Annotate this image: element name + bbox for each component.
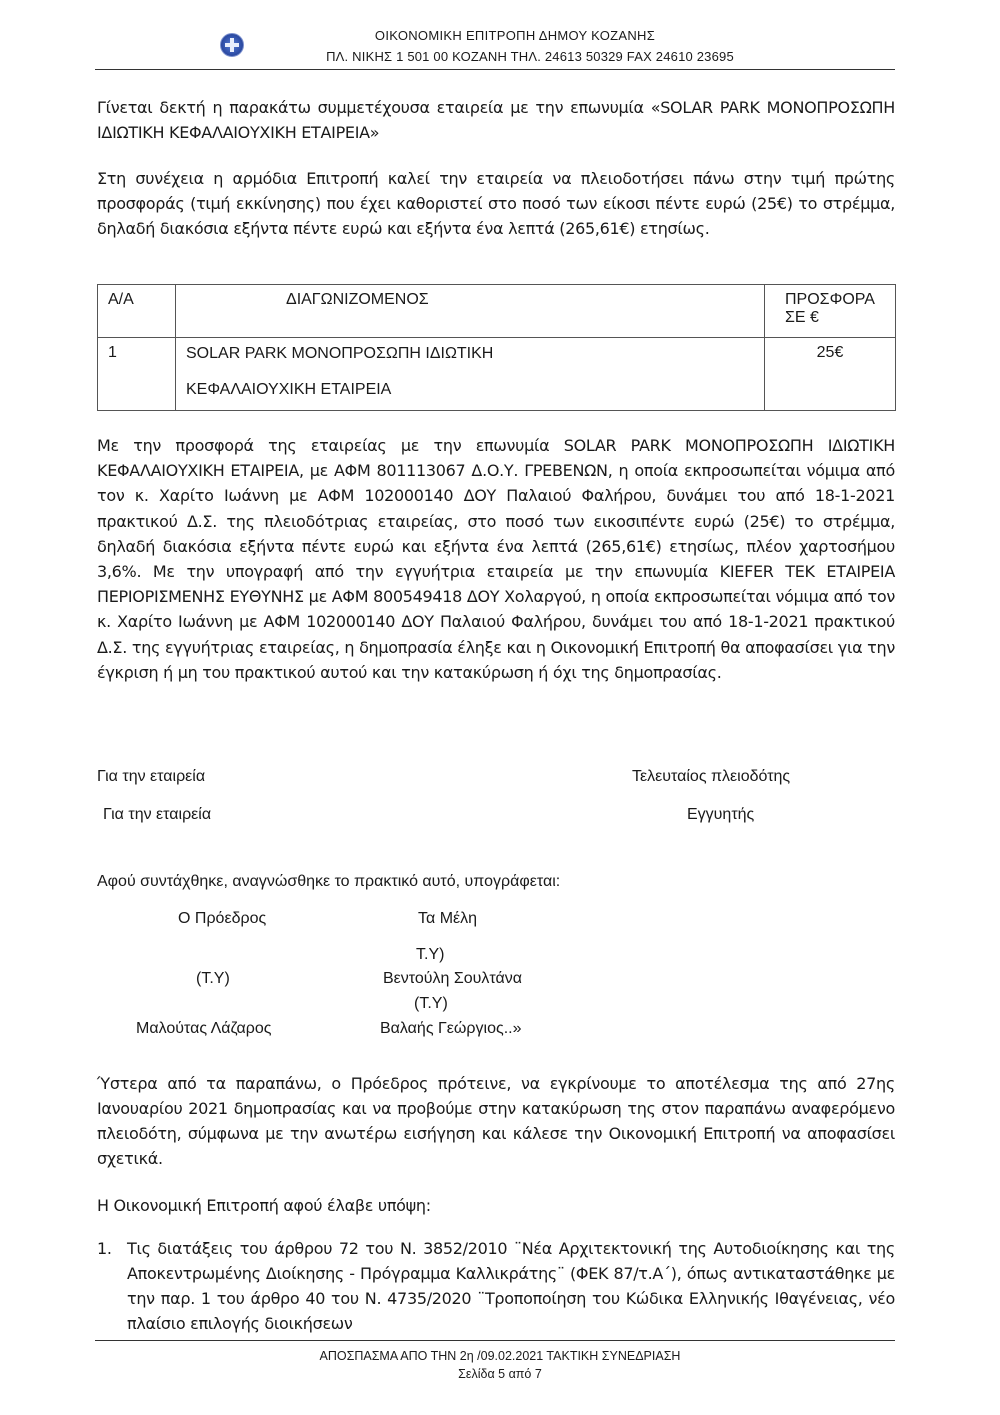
paragraph-bidding-call: Στη συνέχεια η αρμόδια Επιτροπή καλεί τη… <box>97 166 895 241</box>
members-title: Τα Μέλη <box>418 910 477 928</box>
considerations-list: 1. Τις διατάξεις του άρθρου 72 του Ν. 38… <box>97 1236 895 1336</box>
table-header-row: Α/Α ΔΙΑΓΩΝΙΖΟΜΕΝΟΣ ΠΡΟΣΦΟΡΑ ΣΕ € <box>98 285 896 338</box>
president-title: Ο Πρόεδρος <box>178 910 266 928</box>
paragraph-president-proposal: Ύστερα από τα παραπάνω, ο Πρόεδρος πρότε… <box>97 1071 895 1171</box>
footer-session: ΑΠΟΣΠΑΣΜΑ ΑΠΟ ΤΗΝ 2η /09.02.2021 ΤΑΚΤΙΚΗ… <box>0 1347 1000 1365</box>
sig-guarantor-label: Εγγυητής <box>687 806 754 824</box>
cell-aa: 1 <box>98 338 176 411</box>
page-header: ΟΙΚΟΝΟΜΙΚΗ ΕΠΙΤΡΟΠΗ ΔΗΜΟΥ ΚΟΖΑΝΗΣ ΠΛ. ΝΙ… <box>0 28 1000 72</box>
member-2-name: Βαλαής Γεώργιος..» <box>380 1020 521 1038</box>
members-ty-1: Τ.Υ) <box>416 946 444 964</box>
header-title: ΟΙΚΟΝΟΜΙΚΗ ΕΠΙΤΡΟΠΗ ΔΗΜΟΥ ΚΟΖΑΝΗΣ <box>0 28 1000 43</box>
header-address: ΠΛ. ΝΙΚΗΣ 1 501 00 ΚΟΖΑΝΗ ΤΗΛ. 24613 503… <box>0 49 1000 64</box>
header-bidder: ΔΙΑΓΩΝΙΖΟΜΕΝΟΣ <box>176 285 765 338</box>
header-aa: Α/Α <box>98 285 176 338</box>
paragraph-committee-considered: Η Οικονομική Επιτροπή αφού έλαβε υπόψη: <box>97 1193 895 1218</box>
members-ty-2: (Τ.Υ) <box>414 995 448 1013</box>
president-ty: (Τ.Υ) <box>196 970 230 988</box>
member-1-name: Βεντούλη Σουλτάνα <box>383 970 522 988</box>
bidder-name-line2: ΚΕΦΑΛΑΙΟΥΧΙΚΗ ΕΤΑΙΡΕΙΑ <box>186 380 754 400</box>
president-name: Μαλούτας Λάζαρος <box>136 1020 271 1038</box>
footer-divider <box>95 1340 895 1341</box>
page-number: Σελίδα 5 από 7 <box>0 1365 1000 1383</box>
sig-last-bidder-label: Τελευταίος πλειοδότης <box>632 768 790 786</box>
list-item-number: 1. <box>97 1236 112 1261</box>
header-divider <box>95 69 895 70</box>
paragraph-signed: Αφού συντάχθηκε, αναγνώσθηκε το πρακτικό… <box>97 873 560 891</box>
cell-offer: 25€ <box>765 338 896 411</box>
header-offer: ΠΡΟΣΦΟΡΑ ΣΕ € <box>765 285 896 338</box>
sig-company-label-1: Για την εταιρεία <box>97 768 205 786</box>
paragraph-offer-details: Με την προσφορά της εταιρείας με την επω… <box>97 433 895 685</box>
bidder-name-line1: SOLAR PARK ΜΟΝΟΠΡΟΣΩΠΗ ΙΔΙΩΤΙΚΗ <box>186 344 754 364</box>
offer-table: Α/Α ΔΙΑΓΩΝΙΖΟΜΕΝΟΣ ΠΡΟΣΦΟΡΑ ΣΕ € 1 SOLAR… <box>97 284 896 411</box>
page-footer: ΑΠΟΣΠΑΣΜΑ ΑΠΟ ΤΗΝ 2η /09.02.2021 ΤΑΚΤΙΚΗ… <box>0 1347 1000 1383</box>
paragraph-accepted-bidder: Γίνεται δεκτή η παρακάτω συμμετέχουσα ετ… <box>97 95 895 145</box>
table-row: 1 SOLAR PARK ΜΟΝΟΠΡΟΣΩΠΗ ΙΔΙΩΤΙΚΗ ΚΕΦΑΛΑ… <box>98 338 896 411</box>
cell-bidder: SOLAR PARK ΜΟΝΟΠΡΟΣΩΠΗ ΙΔΙΩΤΙΚΗ ΚΕΦΑΛΑΙΟ… <box>176 338 765 411</box>
list-item: Τις διατάξεις του άρθρου 72 του Ν. 3852/… <box>127 1236 895 1336</box>
sig-company-label-2: Για την εταιρεία <box>103 806 211 824</box>
